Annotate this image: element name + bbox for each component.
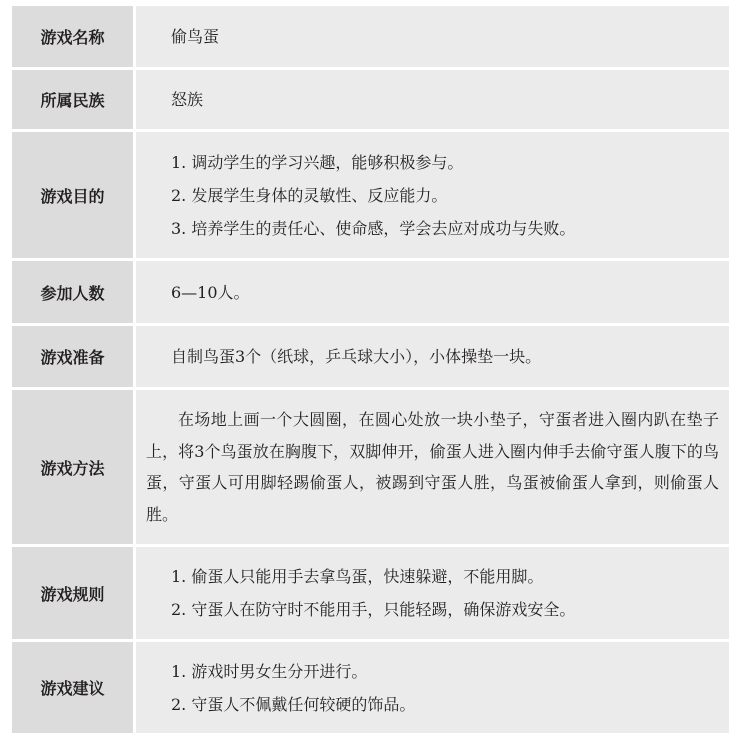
suggestion-item: 2. 守蛋人不佩戴任何较硬的饰品。 — [171, 688, 719, 721]
value-game-name: 偷鸟蛋 — [136, 6, 729, 67]
value-rules: 1. 偷蛋人只能用手去拿鸟蛋，快速躲避，不能用脚。 2. 守蛋人在防守时不能用手… — [136, 547, 729, 639]
row-preparation: 游戏准备 自制鸟蛋3个（纸球，乒乓球大小），小体操垫一块。 — [12, 326, 729, 387]
method-paragraph: 在场地上画一个大圆圈，在圆心处放一块小垫子，守蛋者进入圈内趴在垫子上，将3个鸟蛋… — [146, 404, 719, 530]
label-participants: 参加人数 — [12, 261, 133, 323]
purpose-item: 1. 调动学生的学习兴趣，能够积极参与。 — [171, 146, 719, 179]
label-purpose: 游戏目的 — [12, 132, 133, 258]
label-game-name: 游戏名称 — [12, 6, 133, 67]
suggestion-item: 1. 游戏时男女生分开进行。 — [171, 655, 719, 688]
value-preparation: 自制鸟蛋3个（纸球，乒乓球大小），小体操垫一块。 — [136, 326, 729, 387]
label-preparation: 游戏准备 — [12, 326, 133, 387]
row-method: 游戏方法 在场地上画一个大圆圈，在圆心处放一块小垫子，守蛋者进入圈内趴在垫子上，… — [12, 390, 729, 544]
label-ethnic-group: 所属民族 — [12, 70, 133, 129]
label-suggestions: 游戏建议 — [12, 642, 133, 733]
row-game-name: 游戏名称 偷鸟蛋 — [12, 6, 729, 67]
row-purpose: 游戏目的 1. 调动学生的学习兴趣，能够积极参与。 2. 发展学生身体的灵敏性、… — [12, 132, 729, 258]
value-suggestions: 1. 游戏时男女生分开进行。 2. 守蛋人不佩戴任何较硬的饰品。 — [136, 642, 729, 733]
game-info-table: 游戏名称 偷鸟蛋 所属民族 怒族 游戏目的 1. 调动学生的学习兴趣，能够积极参… — [12, 6, 729, 733]
rule-item: 2. 守蛋人在防守时不能用手，只能轻踢，确保游戏安全。 — [171, 593, 719, 626]
purpose-item: 2. 发展学生身体的灵敏性、反应能力。 — [171, 179, 719, 212]
rule-item: 1. 偷蛋人只能用手去拿鸟蛋，快速躲避，不能用脚。 — [171, 560, 719, 593]
row-ethnic-group: 所属民族 怒族 — [12, 70, 729, 129]
label-method: 游戏方法 — [12, 390, 133, 544]
value-purpose: 1. 调动学生的学习兴趣，能够积极参与。 2. 发展学生身体的灵敏性、反应能力。… — [136, 132, 729, 258]
value-participants: 6—10人。 — [136, 261, 729, 323]
row-rules: 游戏规则 1. 偷蛋人只能用手去拿鸟蛋，快速躲避，不能用脚。 2. 守蛋人在防守… — [12, 547, 729, 639]
purpose-item: 3. 培养学生的责任心、使命感，学会去应对成功与失败。 — [171, 212, 719, 245]
row-suggestions: 游戏建议 1. 游戏时男女生分开进行。 2. 守蛋人不佩戴任何较硬的饰品。 — [12, 642, 729, 733]
value-ethnic-group: 怒族 — [136, 70, 729, 129]
value-method: 在场地上画一个大圆圈，在圆心处放一块小垫子，守蛋者进入圈内趴在垫子上，将3个鸟蛋… — [136, 390, 729, 544]
row-participants: 参加人数 6—10人。 — [12, 261, 729, 323]
label-rules: 游戏规则 — [12, 547, 133, 639]
